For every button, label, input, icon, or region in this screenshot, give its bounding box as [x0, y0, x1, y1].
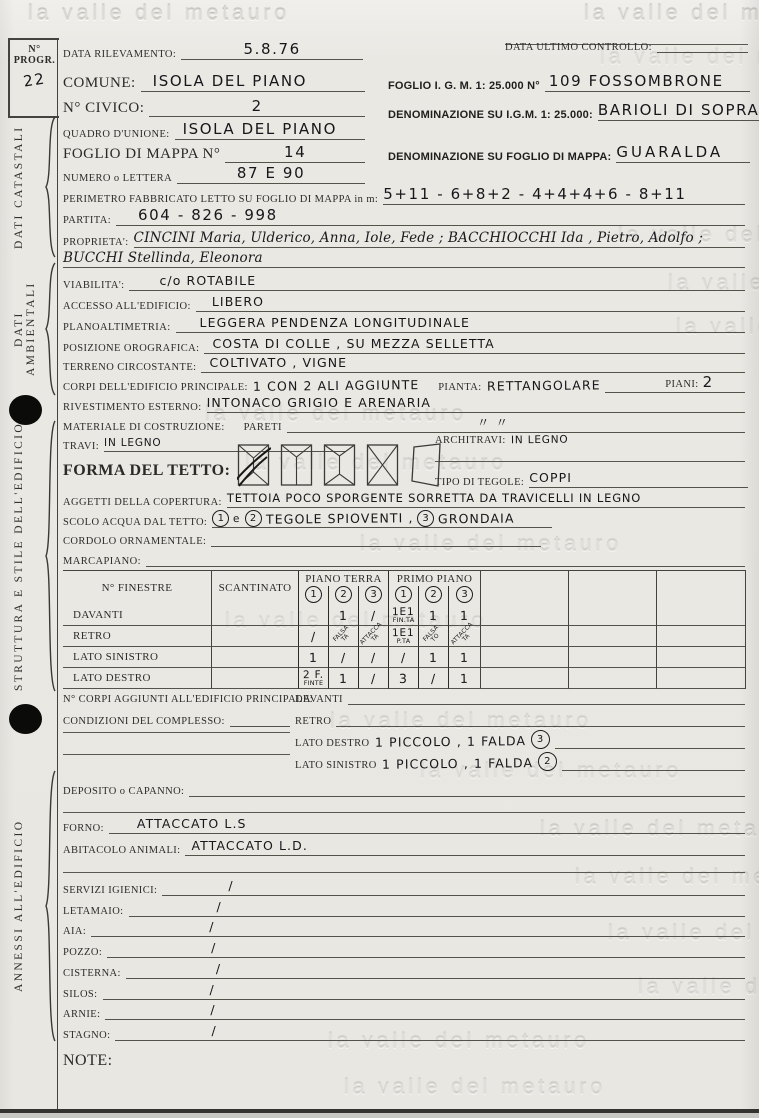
field-label: QUADRO D'UNIONE:	[63, 129, 170, 140]
field-label: TIPO DI TEGOLE:	[435, 477, 524, 488]
cell: 1	[328, 668, 358, 689]
field-label: MATERIALE DI COSTRUZIONE:	[63, 422, 225, 433]
field-foglio-igm: FOGLIO I. G. M. 1: 25.000 N° 109 FOSSOMB…	[388, 72, 750, 92]
sub-label: DAVANTI	[295, 694, 343, 705]
field-aggetti: AGGETTI DELLA COPERTURA: TETTOIA POCO SP…	[63, 490, 745, 508]
field-label: SERVIZI IGIENICI:	[63, 885, 157, 896]
sub-label: RETRO	[295, 716, 331, 727]
field-value	[189, 796, 745, 797]
field-letamaio: LETAMAIO: /	[63, 899, 745, 917]
section-brace-annessi	[43, 770, 57, 1042]
field-label: RIVESTIMENTO ESTERNO:	[63, 402, 202, 413]
field-condizioni-lato-destro: LATO DESTRO 1 PICCOLO , 1 FALDA 3	[295, 732, 745, 749]
field-label: CISTERNA:	[63, 968, 121, 979]
watermark: la valle del metauro	[584, 2, 759, 26]
field-note: NOTE:	[63, 1052, 113, 1070]
field-cordolo: CORDOLO ORNAMENTALE:	[63, 529, 745, 547]
field-value: 2	[149, 97, 365, 117]
cell: 1	[448, 647, 480, 668]
field-label: SILOS:	[63, 989, 98, 1000]
field-label: NOTE:	[63, 1052, 113, 1070]
field-value: /	[126, 960, 745, 979]
field-value: TETTOIA POCO SPORGENTE SORRETTA DA TRAVI…	[227, 489, 745, 508]
field-value: ISOLA DEL PIANO	[175, 120, 365, 140]
field-condizioni-label: CONDIZIONI DEL COMPLESSO:	[63, 710, 290, 727]
field-label: FOGLIO I. G. M. 1: 25.000 N°	[388, 80, 540, 92]
field-value: /	[103, 981, 746, 1000]
field-abitacolo: ABITACOLO ANIMALI: ATTACCATO L.D.	[63, 838, 745, 856]
field-label: CONDIZIONI DEL COMPLESSO:	[63, 716, 225, 727]
field-label: ACCESSO ALL'EDIFICIO:	[63, 301, 191, 312]
field-perimetro: PERIMETRO FABBRICATO LETTO SU FOGLIO DI …	[63, 186, 745, 205]
field-posizione-orografica: POSIZIONE OROGRAFICA: COSTA DI COLLE , S…	[63, 334, 745, 354]
field-label: CORPI DELL'EDIFICIO PRINCIPALE:	[63, 382, 248, 393]
subcol-num: 2	[328, 586, 358, 605]
section-brace-dati-catastali	[43, 116, 57, 258]
section-brace-dati-ambientali	[43, 262, 57, 396]
cell: 2 F.FINTE	[298, 668, 328, 689]
cell	[656, 647, 745, 668]
sub-value	[348, 704, 745, 705]
field-value: GUARALDA	[616, 143, 750, 163]
pianta-label: PIANTA:	[438, 382, 481, 393]
progr-label: N°PROGR.	[10, 44, 59, 66]
field-data-ultimo-controllo: DATA ULTIMO CONTROLLO:	[505, 42, 748, 53]
table-row-label: DAVANTI	[63, 605, 211, 626]
cell: 1	[418, 647, 448, 668]
field-arnie: ARNIE: /	[63, 1002, 745, 1020]
field-rivestimento: RIVESTIMENTO ESTERNO: INTONACO GRIGIO E …	[63, 394, 745, 413]
field-label: DENOMINAZIONE SU FOGLIO DI MAPPA:	[388, 151, 611, 163]
field-condizioni-lato-sinistro: LATO SINISTRO 1 PICCOLO , 1 FALDA 2	[295, 754, 745, 771]
field-cisterna: CISTERNA: /	[63, 961, 745, 979]
field-label: POSIZIONE OROGRAFICA:	[63, 343, 199, 354]
circled-number: 3	[531, 730, 550, 749]
field-value-line2: BUCCHI Stellinda, Eleonora	[63, 249, 745, 268]
field-comune: COMUNE: ISOLA DEL PIANO	[63, 68, 365, 92]
sub-line	[555, 748, 745, 749]
sub-value: 1 PICCOLO , 1 FALDA	[374, 733, 525, 750]
col-header-finestre: N° FINESTRE	[63, 571, 211, 605]
field-label: N° CIVICO:	[63, 100, 144, 117]
roof-shape-options	[237, 443, 443, 487]
sidebar-label-annessi: ANNESSI ALL'EDIFICIO	[13, 770, 28, 1042]
field-scolo-acqua: SCOLO ACQUA DAL TETTO: 1 e 2 TEGOLE SPIO…	[63, 509, 745, 528]
field-label: CORDOLO ORNAMENTALE:	[63, 536, 206, 547]
cell	[656, 605, 745, 626]
field-label: AGGETTI DELLA COPERTURA:	[63, 497, 222, 508]
field-architravi: ARCHITRAVI: IN LEGNO	[435, 430, 748, 446]
field-corpi-aggiunti-davanti: DAVANTI	[295, 688, 745, 705]
cell	[568, 647, 656, 668]
cell: ATTACCA TA	[358, 626, 388, 647]
field-data-rilevamento: DATA RILEVAMENTO: 5.8.76	[63, 40, 363, 60]
field-label: FORMA DEL TETTO:	[63, 462, 230, 480]
field-value-line1: CINCINI Maria, Ulderico, Anna, Iole, Fed…	[134, 229, 745, 248]
field-label: COMUNE:	[63, 75, 136, 92]
cell: 1	[448, 668, 480, 689]
field-label: DENOMINAZIONE SU I.G.M. 1: 25.000:	[388, 109, 593, 121]
field-label: MARCAPIANO:	[63, 556, 141, 567]
field-label: AIA:	[63, 926, 86, 937]
field-label: PERIMETRO FABBRICATO LETTO SU FOGLIO DI …	[63, 194, 378, 205]
field-value: ATTACCATO L.S	[109, 815, 745, 834]
field-value	[146, 566, 745, 567]
subcol-num: 1	[298, 586, 328, 605]
cell: /	[358, 668, 388, 689]
field-value: IN LEGNO	[511, 434, 569, 447]
field-value: 5+11 - 6+8+2 - 4+4+4+6 - 8+11	[383, 185, 745, 205]
gable-roof-icon	[280, 443, 314, 487]
field-value: COLTIVATO , VIGNE	[201, 354, 745, 373]
cell: /	[358, 605, 388, 626]
field-label: VIABILITA':	[63, 280, 124, 291]
sidebar-label-dati-ambientali: DATI AMBIENTALI	[13, 262, 28, 396]
field-value: INTONACO GRIGIO E ARENARIA	[207, 394, 745, 413]
field-label: PLANOALTIMETRIA:	[63, 322, 171, 333]
cell: 3	[388, 668, 418, 689]
cell: FALSA TA	[328, 626, 358, 647]
field-label: FORNO:	[63, 823, 104, 834]
field-viabilita: VIABILITA': c/o ROTABILE	[63, 270, 745, 291]
scolo-text-2: GRONDAIA	[438, 511, 515, 527]
field-value: /	[105, 1001, 745, 1020]
cell	[656, 626, 745, 647]
scolo-text-1: TEGOLE SPIOVENTI ,	[265, 510, 413, 527]
field-corpi-aggiunti-label: N° CORPI AGGIUNTI ALL'EDIFICIO PRINCIPAL…	[63, 688, 293, 705]
empty-column	[568, 571, 656, 605]
left-vertical-rule	[57, 38, 58, 1112]
field-value: 5.8.76	[181, 40, 363, 60]
progr-value: 22	[9, 67, 60, 92]
field-label: STAGNO:	[63, 1030, 110, 1041]
cell: /	[328, 647, 358, 668]
cell	[480, 605, 568, 626]
cell	[211, 668, 298, 689]
cell	[298, 605, 328, 626]
field-value: LEGGERA PENDENZA LONGITUDINALE	[176, 314, 745, 333]
subcol-num: 3	[358, 586, 388, 605]
cell	[480, 647, 568, 668]
field-value: 87 E 90	[177, 164, 365, 184]
sidebar-label-dati-catastali: DATI CATASTALI	[13, 116, 28, 258]
field-value: /	[129, 898, 746, 917]
sub-value: 1 PICCOLO , 1 FALDA	[382, 755, 533, 772]
field-value: c/o ROTABILE	[129, 272, 745, 291]
piani-value: 2	[703, 373, 714, 391]
cell: FALSA TO	[418, 626, 448, 647]
hip-roof-crossed-icon	[237, 443, 271, 487]
circled-number-1: 1	[212, 510, 229, 527]
cell	[568, 605, 656, 626]
field-value: /	[107, 939, 745, 958]
subcol-num: 2	[418, 586, 448, 605]
subcol-num: 1	[388, 586, 418, 605]
field-label: PROPRIETA':	[63, 237, 129, 248]
cell	[211, 647, 298, 668]
field-aia: AIA: /	[63, 919, 745, 937]
cell: /	[418, 668, 448, 689]
field-foglio-mappa: FOGLIO DI MAPPA N° 14	[63, 141, 365, 163]
field-value: BARIOLI DI SOPRA	[598, 101, 759, 121]
cell: 1	[298, 647, 328, 668]
field-value: ATTACCATO L.D.	[185, 837, 745, 856]
field-value: 1 e 2 TEGOLE SPIOVENTI , 3 GRONDAIA	[212, 510, 552, 528]
field-proprieta: PROPRIETA': CINCINI Maria, Ulderico, Ann…	[63, 227, 745, 248]
field-proprieta-line2: BUCCHI Stellinda, Eleonora	[63, 249, 745, 268]
subcol-num: 3	[448, 586, 480, 605]
field-marcapiano: MARCAPIANO:	[63, 549, 745, 567]
piani-label: PIANI:	[665, 379, 698, 390]
cell	[568, 626, 656, 647]
field-label: ARNIE:	[63, 1009, 100, 1020]
field-label: DATA ULTIMO CONTROLLO:	[505, 42, 652, 53]
field-forno: FORNO: ATTACCATO L.S	[63, 816, 745, 834]
double-hip-roof-icon	[323, 443, 357, 487]
field-label: N° CORPI AGGIUNTI ALL'EDIFICIO PRINCIPAL…	[63, 694, 313, 705]
field-value: 14	[225, 143, 365, 163]
field-value	[211, 546, 541, 547]
field-label: NUMERO o LETTERA	[63, 173, 172, 184]
field-tipo-tegole: TIPO DI TEGOLE: COPPI	[435, 470, 748, 488]
cell	[211, 605, 298, 626]
field-value	[657, 52, 748, 53]
field-servizi: SERVIZI IGIENICI: /	[63, 878, 745, 896]
field-forma-tetto: FORMA DEL TETTO:	[63, 462, 230, 480]
field-condizioni-retro: RETRO	[295, 710, 745, 727]
circled-number-2: 2	[245, 510, 262, 527]
field-quadro-unione: QUADRO D'UNIONE: ISOLA DEL PIANO	[63, 121, 365, 140]
scolo-conj: e	[233, 512, 240, 524]
field-value: 1 CON 2 ALI AGGIUNTE	[253, 377, 419, 394]
empty-column	[656, 571, 745, 605]
pyramid-roof-icon	[366, 443, 400, 487]
punch-hole	[9, 704, 42, 734]
field-value: /	[162, 877, 745, 896]
col-header-piano-terra: PIANO TERRA	[298, 571, 388, 586]
section-brace-struttura	[43, 420, 57, 692]
sub-line	[562, 770, 745, 771]
field-label: TERRENO CIRCOSTANTE:	[63, 362, 196, 373]
cell: /	[358, 647, 388, 668]
sub-label: LATO DESTRO	[295, 738, 370, 749]
field-value: /	[115, 1022, 745, 1041]
field-label: PARTITA:	[63, 215, 111, 226]
table-row-label: LATO SINISTRO	[63, 647, 211, 668]
pianta-value: RETTANGOLARE	[486, 377, 600, 393]
field-line	[230, 726, 290, 727]
circled-number-3: 3	[417, 510, 434, 527]
field-label: POZZO:	[63, 947, 102, 958]
field-pozzo: POZZO: /	[63, 940, 745, 958]
watermark: la valle del metauro	[344, 1076, 606, 1100]
sub-value	[336, 726, 745, 727]
cell: ATTACCA TA	[448, 626, 480, 647]
field-label: FOGLIO DI MAPPA N°	[63, 146, 220, 163]
progressive-number-box: N°PROGR. 22	[8, 38, 59, 118]
field-value: 604 - 826 - 998	[116, 206, 745, 226]
cell: 1E1P.TA	[388, 626, 418, 647]
field-numero-lettera: NUMERO o LETTERA 87 E 90	[63, 165, 365, 184]
pareti-label: PARETI	[244, 422, 282, 433]
watermark: la valle del metauro	[28, 2, 290, 26]
cell	[568, 668, 656, 689]
field-planoaltimetria: PLANOALTIMETRIA: LEGGERA PENDENZA LONGIT…	[63, 313, 745, 333]
cell	[480, 668, 568, 689]
field-label: DEPOSITO o CAPANNO:	[63, 786, 184, 797]
field-terreno: TERRENO CIRCOSTANTE: COLTIVATO , VIGNE	[63, 355, 745, 373]
field-denominazione-igm: DENOMINAZIONE SU I.G.M. 1: 25.000: BARIO…	[388, 100, 750, 121]
field-accesso: ACCESSO ALL'EDIFICIO: LIBERO	[63, 292, 745, 312]
cell	[211, 626, 298, 647]
field-value: LIBERO	[196, 293, 745, 312]
table-row-label: RETRO	[63, 626, 211, 647]
scan-bottom-shadow	[0, 1113, 759, 1118]
cell	[656, 668, 745, 689]
finestre-table: N° FINESTRE SCANTINATO PIANO TERRA PRIMO…	[63, 570, 746, 689]
field-label: LETAMAIO:	[63, 906, 124, 917]
field-value: COSTA DI COLLE , SU MEZZA SELLETTA	[204, 335, 745, 354]
field-partita: PARTITA: 604 - 826 - 998	[63, 206, 745, 226]
field-silos: SILOS: /	[63, 982, 745, 1000]
field-label: ABITACOLO ANIMALI:	[63, 845, 180, 856]
cell: /	[298, 626, 328, 647]
sub-label: LATO SINISTRO	[295, 760, 377, 771]
field-denominazione-mappa: DENOMINAZIONE SU FOGLIO DI MAPPA: GUARAL…	[388, 142, 750, 163]
field-value: /	[91, 918, 745, 937]
col-header-scantinato: SCANTINATO	[211, 571, 298, 605]
piani-area: PIANI: 2	[605, 373, 745, 393]
field-value: ISOLA DEL PIANO	[141, 72, 365, 92]
cell	[480, 626, 568, 647]
field-value: COPPI	[529, 469, 748, 488]
field-label: TRAVI:	[63, 441, 99, 452]
cell: 1	[328, 605, 358, 626]
field-n-civico: N° CIVICO: 2	[63, 95, 365, 117]
circled-number: 2	[538, 752, 557, 771]
field-deposito: DEPOSITO o CAPANNO:	[63, 779, 745, 797]
col-header-primo-piano: PRIMO PIANO	[388, 571, 480, 586]
scanned-survey-form: la valle del metauro la valle del metaur…	[0, 0, 759, 1118]
cell: 1	[418, 605, 448, 626]
field-stagno: STAGNO: /	[63, 1023, 745, 1041]
field-label: ARCHITRAVI:	[435, 435, 506, 446]
field-label: SCOLO ACQUA DAL TETTO:	[63, 517, 207, 528]
cell: /	[388, 647, 418, 668]
cell: 1	[448, 605, 480, 626]
field-label: DATA RILEVAMENTO:	[63, 49, 176, 60]
field-value: 109 FOSSOMBRONE	[545, 72, 750, 92]
field-corpi-edificio: CORPI DELL'EDIFICIO PRINCIPALE: 1 CON 2 …	[63, 374, 745, 393]
table-row-label: LATO DESTRO	[63, 668, 211, 689]
sidebar-label-struttura: STRUTTURA E STILE DELL'EDIFICIO	[13, 420, 28, 692]
empty-column	[480, 571, 568, 605]
cell: 1E1FIN.TA	[388, 605, 418, 626]
